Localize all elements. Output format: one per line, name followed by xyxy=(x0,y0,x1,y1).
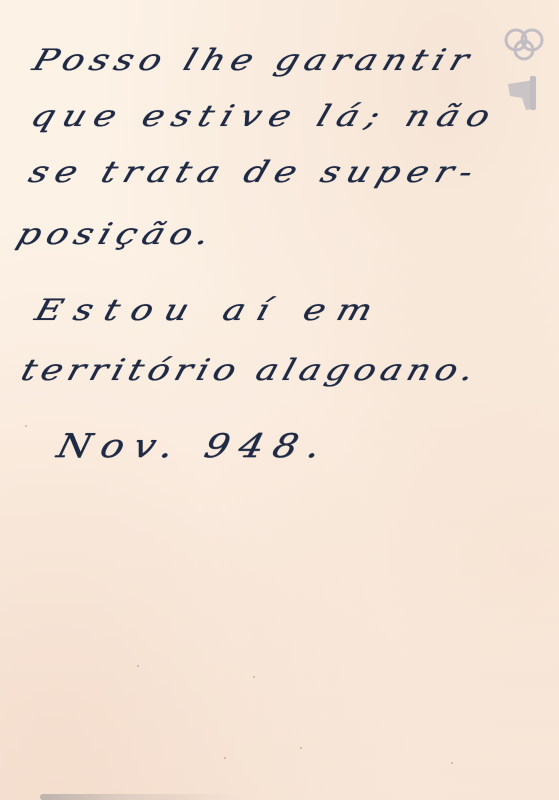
note-line-3: se trata de super- xyxy=(25,156,485,190)
ink-bleed-mark xyxy=(40,794,240,800)
paper-speck xyxy=(300,747,302,749)
paper-speck xyxy=(25,425,27,427)
paper-speck xyxy=(451,762,453,764)
paper-speck xyxy=(137,665,139,667)
handwritten-note: Posso lhe garantir que estive lá; não se… xyxy=(0,0,559,800)
note-line-4: posição. xyxy=(13,218,221,252)
note-line-1: Posso lhe garantir xyxy=(29,44,479,78)
note-line-5: Estou aí em xyxy=(31,294,388,328)
paper-speck xyxy=(253,676,255,678)
note-line-6: território alagoano. xyxy=(17,354,483,388)
paper-speck xyxy=(224,757,226,759)
stamp-mark-icon xyxy=(500,24,548,116)
note-line-2: que estive lá; não xyxy=(27,100,503,134)
note-date: Nov. 948. xyxy=(53,427,334,465)
